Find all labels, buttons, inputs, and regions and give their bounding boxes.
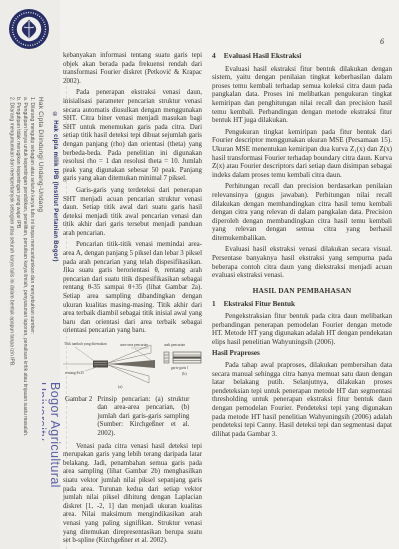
figure-gambar-2: Titik tumbuh yang ditemukan area-area pe… <box>63 340 202 439</box>
paragraph: Evaluasi hasil ekstraksi venasi dilakuka… <box>212 245 392 279</box>
figure-caption-text: Prinsip pencarian: (a) struktur dan area… <box>97 396 189 439</box>
law-item-2: 2. Dilarang mengumumkan dan memperbanyak… <box>7 97 14 547</box>
figure-caption-label: Gambar 2 <box>65 396 92 439</box>
paragraph: kebanyakan informasi tentang suatu garis… <box>63 52 202 86</box>
ipb-logo <box>7 7 51 51</box>
page-number: 6 <box>380 37 384 46</box>
figure-caption: Gambar 2 Prinsip pencarian: (a) struktur… <box>65 396 202 439</box>
results-heading: HASIL DAN PEMBAHASAN <box>212 287 392 296</box>
figure-label-search-areas: area-area pencarian <box>120 343 148 347</box>
figure-label-growth-point: Titik tumbuh yang ditemukan <box>64 342 107 346</box>
copyright-law-watermark: Hak Cipta Dilindungi Undang-Undang 1. Di… <box>1 97 46 547</box>
subsection-heading-ekstraksi: 1Ekstraksi Fitur Bentuk <box>212 300 392 309</box>
left-column: kebanyakan informasi tentang suatu garis… <box>63 52 202 549</box>
figure-label-search-direction: arah pencarian <box>164 343 185 347</box>
figure-label-sampling-lines: garis-garis l <box>171 366 188 370</box>
law-item-1b: b. Pengutipan tidak merugikan kepentinga… <box>14 97 21 547</box>
figure-tag-a: (a) <box>118 384 123 389</box>
right-column: 4Evaluasi Hasil Ekstraksi Evaluasi hasil… <box>212 52 392 441</box>
praproses-heading: Hasil Praproses <box>212 349 392 358</box>
paragraph: Evaluasi hasil ekstraksi fitur bentuk di… <box>212 65 392 125</box>
section-number: 4 <box>212 51 216 60</box>
section-title: Evaluasi Hasil Ekstraksi <box>224 51 302 60</box>
law-item-1a: a. Pengutipan hanya untuk kepentingan pe… <box>21 97 28 547</box>
subsection-number: 1 <box>212 300 216 308</box>
section-heading-evaluasi: 4Evaluasi Hasil Ekstraksi <box>212 52 392 61</box>
paragraph: Pengekstraksian fitur bentuk pada citra … <box>212 312 392 346</box>
paragraph: Garis-garis yang terdeteksi dari penerap… <box>63 187 202 239</box>
paragraph: Venasi pada citra venasi hasil deteksi t… <box>63 443 202 546</box>
paragraph: Perhitungan recall dan precision berdasa… <box>212 182 392 242</box>
copyright-strip: © Hak cipta milik IPB (Institut Pertania… <box>45 112 58 412</box>
subsection-title: Ekstraksi Fitur Bentuk <box>224 300 295 308</box>
paragraph: Pada tahap awal praproses, dilakukan pem… <box>212 361 392 438</box>
figure-tag-b: (b) <box>182 371 187 376</box>
paragraph: Pada penerapan ekstraksi venasi daun, in… <box>63 89 202 184</box>
law-item-1: 1. Dilarang mengutip sebagian atau selur… <box>28 97 35 547</box>
ipb-seal-icon <box>7 7 51 51</box>
figure-label-angle-range: rentang θ±35 <box>65 371 84 375</box>
search-principle-diagram: Titik tumbuh yang ditemukan area-area pe… <box>63 340 202 390</box>
scanned-paper-page: Hak Cipta Dilindungi Undang-Undang 1. Di… <box>0 0 399 549</box>
paragraph: Pencarian titik-titik venasi memindai ar… <box>63 241 202 336</box>
paragraph: Pengukuran tingkat kemiripan pada fitur … <box>212 128 392 180</box>
university-watermark: Bogor Agricultural University <box>42 382 62 549</box>
